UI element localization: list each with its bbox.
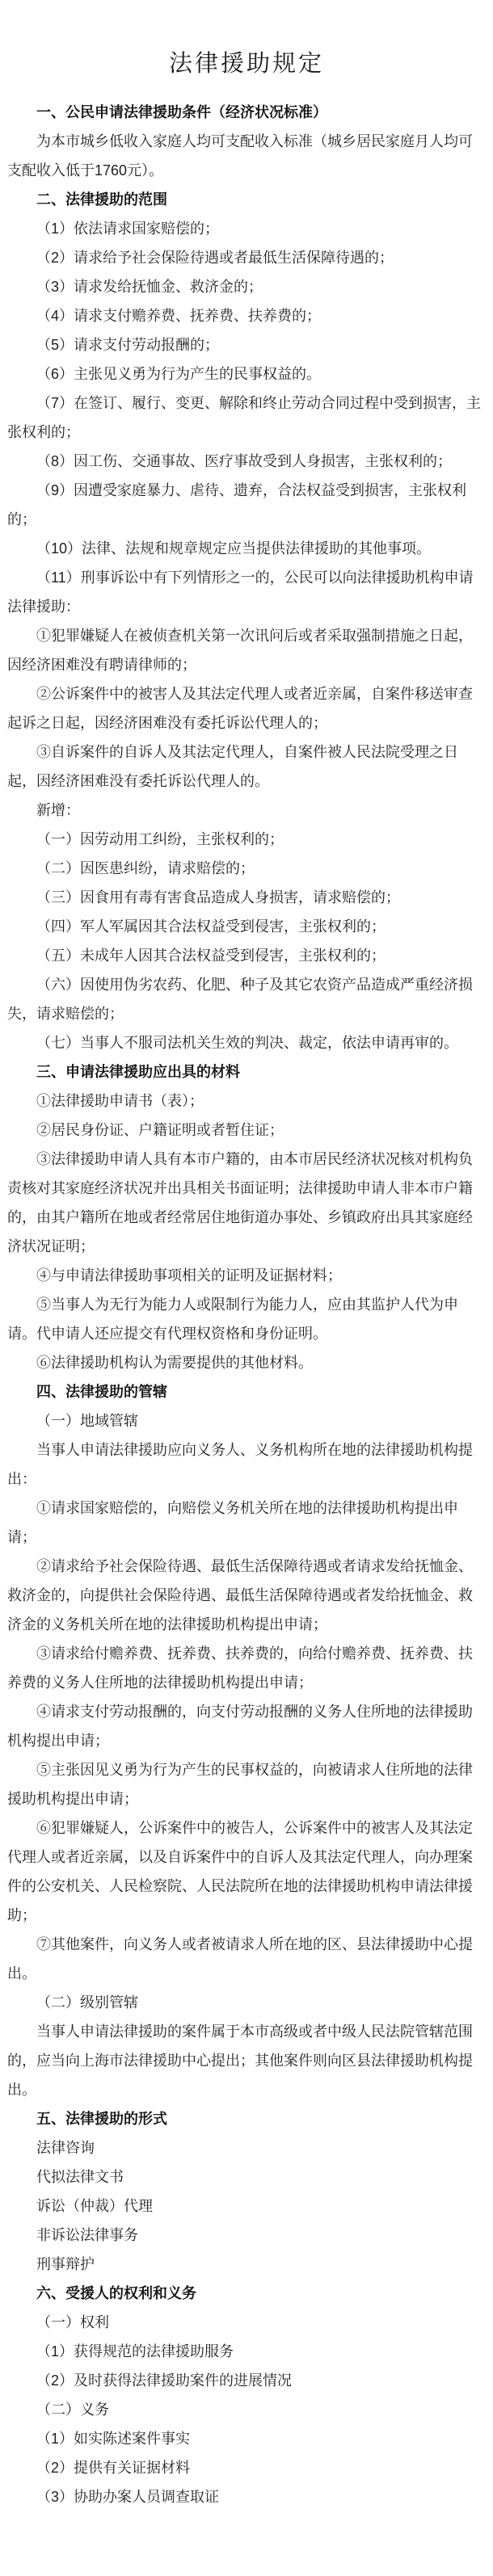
paragraph: ⑥犯罪嫌疑人，公诉案件中的被告人，公诉案件中的被害人及其法定代理人或者近亲属，以… (7, 1813, 486, 1930)
paragraph: ④请求支付劳动报酬的，向支付劳动报酬的义务人住所地的法律援助机构提出申请； (7, 1697, 486, 1755)
paragraph: ③法律援助申请人具有本市户籍的，由本市居民经济状况核对机构负责核对其家庭经济状况… (7, 1145, 486, 1261)
paragraph: 当事人申请法律援助的案件属于本市高级或者中级人民法院管辖范围的，应当向上海市法律… (7, 2017, 486, 2104)
paragraph: 新增： (7, 796, 486, 825)
paragraph: （五）未成年人因其合法权益受到侵害，主张权利的； (7, 941, 486, 970)
paragraph: ②居民身份证、户籍证明或者暂住证； (7, 1116, 486, 1145)
paragraph: ④与申请法律援助事项相关的证明及证据材料； (7, 1261, 486, 1290)
paragraph: ①请求国家赔偿的，向赔偿义务机关所在地的法律援助机构提出申请； (7, 1494, 486, 1552)
paragraph: ②公诉案件中的被害人及其法定代理人或者近亲属，自案件移送审查起诉之日起，因经济困… (7, 679, 486, 738)
paragraph: （一）因劳动用工纠纷，主张权利的； (7, 825, 486, 854)
paragraph: （5）请求支付劳动报酬的； (7, 330, 486, 359)
paragraph: （二）级别管辖 (7, 1988, 486, 2017)
paragraph: ①法律援助申请书（表）； (7, 1086, 486, 1116)
paragraph: ②请求给予社会保险待遇、最低生活保障待遇或者请求发给抚恤金、救济金的，向提供社会… (7, 1552, 486, 1639)
paragraph: 为本市城乡低收入家庭人均可支配收入标准（城乡居民家庭月人均可支配收入低于1760… (7, 127, 486, 185)
paragraph: 非诉讼法律事务 (7, 2221, 486, 2250)
paragraph: （二）义务 (7, 2395, 486, 2424)
paragraph: ③请求给付赡养费、抚养费、扶养费的，向给付赡养费、抚养费、扶养费的义务人住所地的… (7, 1639, 486, 1697)
paragraph: （三）因食用有毒有害食品造成人身损害，请求赔偿的； (7, 883, 486, 912)
paragraph: （四）军人军属因其合法权益受到侵害，主张权利的； (7, 912, 486, 941)
section-heading: 二、法律援助的范围 (7, 185, 486, 214)
paragraph: （11）刑事诉讼中有下列情形之一的，公民可以向法律援助机构申请法律援助： (7, 563, 486, 621)
paragraph: （3）请求发给抚恤金、救济金的； (7, 272, 486, 301)
paragraph: （6）主张见义勇为行为产生的民事权益的。 (7, 359, 486, 389)
paragraph: （1）获得规范的法律援助服务 (7, 2337, 486, 2366)
paragraph: （2）提供有关证据材料 (7, 2453, 486, 2482)
paragraph: 刑事辩护 (7, 2250, 486, 2279)
paragraph: （9）因遭受家庭暴力、虐待、遗弃，合法权益受到损害，主张权利的； (7, 476, 486, 534)
paragraph: 法律咨询 (7, 2133, 486, 2162)
paragraph: 当事人申请法律援助应向义务人、义务机构所在地的法律援助机构提出： (7, 1435, 486, 1494)
paragraph: （六）因使用伪劣农药、化肥、种子及其它农资产品造成严重经济损失，请求赔偿的； (7, 970, 486, 1028)
paragraph: ③自诉案件的自诉人及其法定代理人，自案件被人民法院受理之日起，因经济困难没有委托… (7, 738, 486, 796)
paragraph: （1）依法请求国家赔偿的； (7, 214, 486, 243)
paragraph: （2）请求给予社会保险待遇或者最低生活保障待遇的； (7, 243, 486, 272)
paragraph: （一）地域管辖 (7, 1406, 486, 1435)
document-body: 一、公民申请法律援助条件（经济状况标准）为本市城乡低收入家庭人均可支配收入标准（… (7, 98, 486, 2511)
paragraph: （七）当事人不服司法机关生效的判决、裁定，依法申请再审的。 (7, 1028, 486, 1057)
paragraph: ⑦其他案件，向义务人或者被请求人所在地的区、县法律援助中心提出。 (7, 1930, 486, 1988)
paragraph: （一）权利 (7, 2308, 486, 2337)
section-heading: 五、法律援助的形式 (7, 2104, 486, 2133)
paragraph: （8）因工伤、交通事故、医疗事故受到人身损害，主张权利的； (7, 447, 486, 476)
document-title: 法律援助规定 (7, 48, 486, 80)
paragraph: ①犯罪嫌疑人在被侦查机关第一次讯问后或者采取强制措施之日起，因经济困难没有聘请律… (7, 621, 486, 679)
paragraph: ⑥法律援助机构认为需要提供的其他材料。 (7, 1348, 486, 1377)
paragraph: （1）如实陈述案件事实 (7, 2424, 486, 2453)
paragraph: （二）因医患纠纷，请求赔偿的； (7, 854, 486, 883)
paragraph: （2）及时获得法律援助案件的进展情况 (7, 2366, 486, 2395)
paragraph: （4）请求支付赡养费、抚养费、扶养费的； (7, 301, 486, 330)
paragraph: 代拟法律文书 (7, 2162, 486, 2191)
document-page: 法律援助规定 一、公民申请法律援助条件（经济状况标准）为本市城乡低收入家庭人均可… (0, 0, 493, 2576)
section-heading: 六、受援人的权利和义务 (7, 2279, 486, 2308)
section-heading: 三、申请法律援助应出具的材料 (7, 1057, 486, 1086)
section-heading: 四、法律援助的管辖 (7, 1377, 486, 1406)
paragraph: （3）协助办案人员调查取证 (7, 2482, 486, 2511)
paragraph: ⑤主张因见义勇为行为产生的民事权益的，向被请求人住所地的法律援助机构提出申请； (7, 1755, 486, 1813)
paragraph: （10）法律、法规和规章规定应当提供法律援助的其他事项。 (7, 534, 486, 563)
paragraph: （7）在签订、履行、变更、解除和终止劳动合同过程中受到损害，主张权利的； (7, 389, 486, 447)
paragraph: 诉讼（仲裁）代理 (7, 2191, 486, 2221)
paragraph: ⑤当事人为无行为能力人或限制行为能力人，应由其监护人代为申请。代申请人还应提交有… (7, 1290, 486, 1348)
section-heading: 一、公民申请法律援助条件（经济状况标准） (7, 98, 486, 127)
